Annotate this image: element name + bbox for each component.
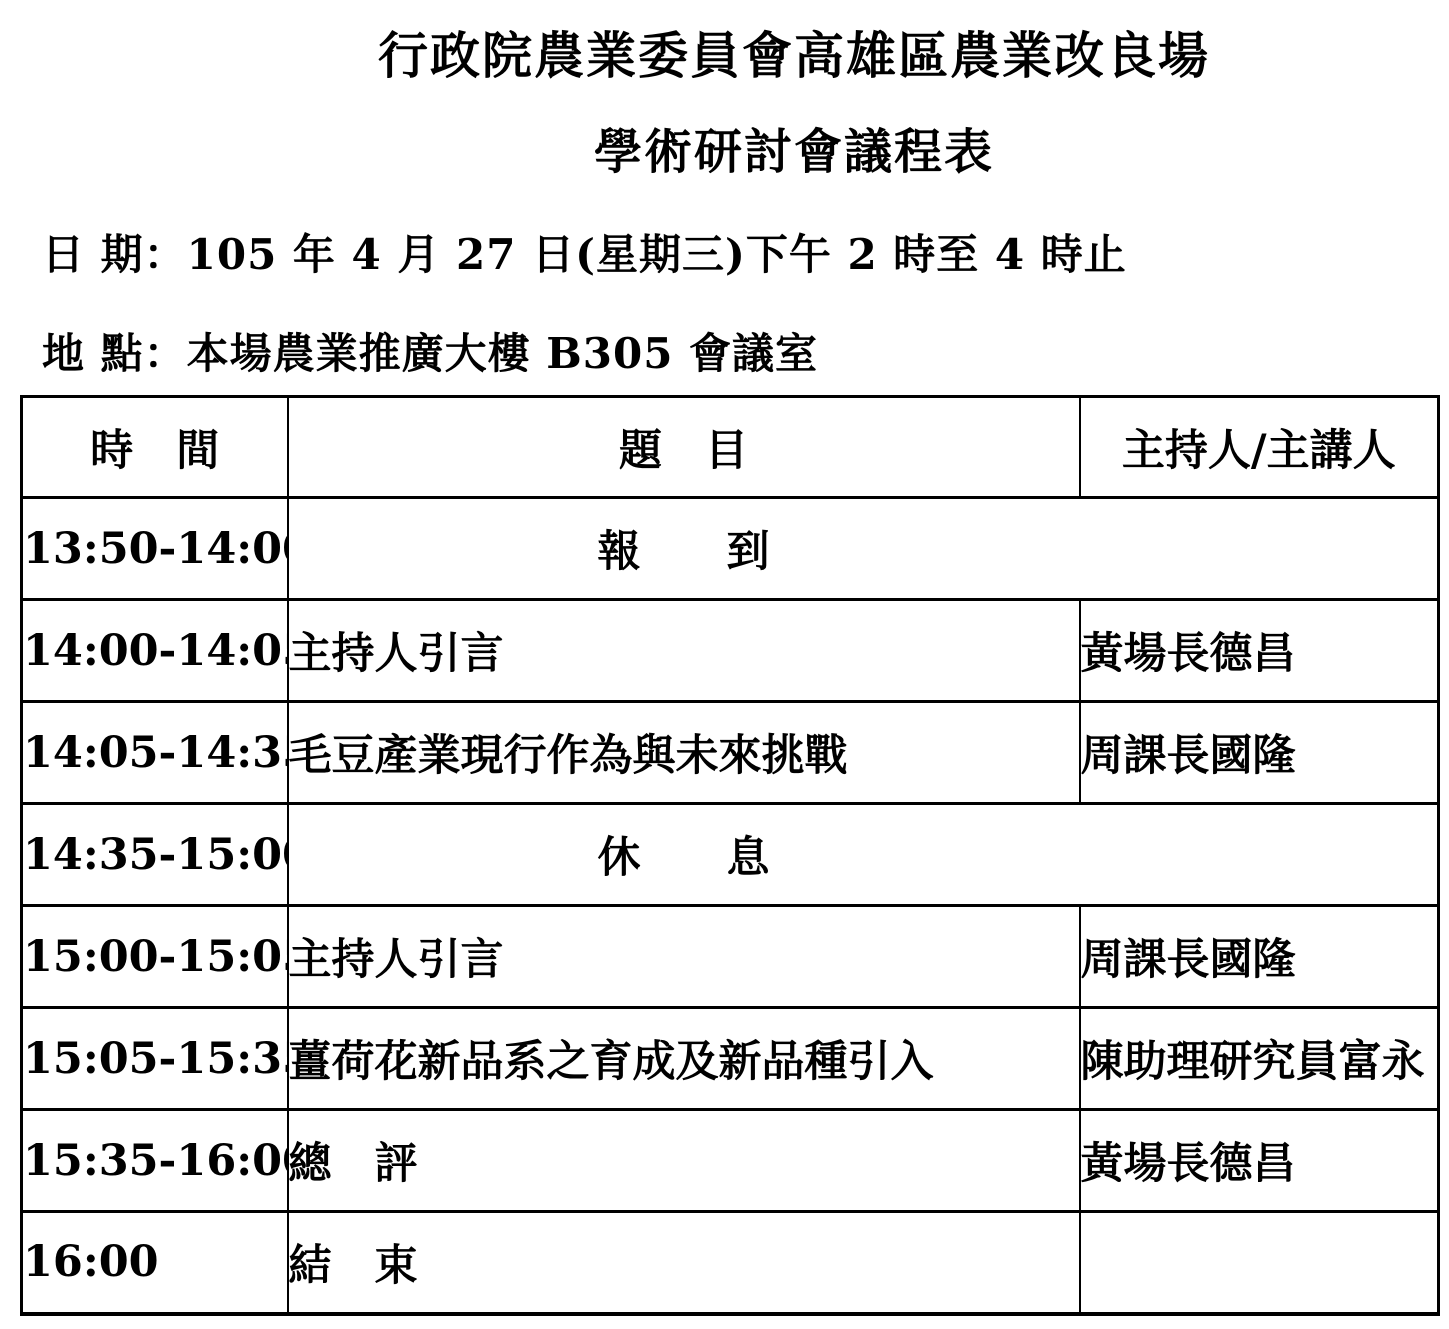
topic-cell: 毛豆產業現行作為與未來挑戰	[288, 702, 1080, 804]
topic-cell: 總 評	[288, 1110, 1080, 1212]
date-line: 日 期：105 年 4 月 27 日(星期三)下午 2 時至 4 時止	[42, 222, 1127, 282]
time-cell: 13:50-14:00	[22, 498, 288, 600]
presenter-cell: 黃場長德昌	[1080, 600, 1439, 702]
location-line: 地 點：本場農業推廣大樓 B305 會議室	[42, 321, 818, 381]
table-header-row: 時 間 題 目 主持人/主講人	[22, 397, 1439, 498]
column-header-topic: 題 目	[288, 397, 1080, 498]
time-cell: 15:05-15:35	[22, 1008, 288, 1110]
page-title: 行政院農業委員會高雄區農業改良場	[0, 16, 1449, 88]
time-cell: 14:00-14:05	[22, 600, 288, 702]
table-row: 13:50-14:00 報 到	[22, 498, 1439, 600]
topic-text: 報 到	[289, 518, 1079, 579]
presenter-cell	[1080, 1212, 1439, 1314]
table-row: 15:35-16:00 總 評 黃場長德昌	[22, 1110, 1439, 1212]
page-subtitle: 學術研討會議程表	[0, 113, 1449, 182]
topic-cell: 結 束	[288, 1212, 1080, 1314]
table-row: 14:05-14:35 毛豆產業現行作為與未來挑戰 周課長國隆	[22, 702, 1439, 804]
column-header-presenter: 主持人/主講人	[1080, 397, 1439, 498]
time-cell: 14:05-14:35	[22, 702, 288, 804]
agenda-table: 時 間 題 目 主持人/主講人 13:50-14:00 報 到 14:00-14…	[20, 395, 1440, 1316]
topic-text: 休 息	[289, 824, 1079, 885]
time-cell: 16:00	[22, 1212, 288, 1314]
topic-cell: 主持人引言	[288, 600, 1080, 702]
presenter-cell: 黃場長德昌	[1080, 1110, 1439, 1212]
table-row: 15:00-15:05 主持人引言 周課長國隆	[22, 906, 1439, 1008]
time-cell: 15:35-16:00	[22, 1110, 288, 1212]
presenter-cell: 陳助理研究員富永	[1080, 1008, 1439, 1110]
presenter-cell: 周課長國隆	[1080, 906, 1439, 1008]
table-row: 16:00 結 束	[22, 1212, 1439, 1314]
column-header-time: 時 間	[22, 397, 288, 498]
table-row: 14:00-14:05 主持人引言 黃場長德昌	[22, 600, 1439, 702]
table-row: 15:05-15:35 薑荷花新品系之育成及新品種引入 陳助理研究員富永	[22, 1008, 1439, 1110]
topic-cell-merged: 報 到	[288, 498, 1439, 600]
table-row: 14:35-15:00 休 息	[22, 804, 1439, 906]
time-cell: 14:35-15:00	[22, 804, 288, 906]
document-page: 行政院農業委員會高雄區農業改良場 學術研討會議程表 日 期：105 年 4 月 …	[0, 0, 1449, 1329]
topic-cell-merged: 休 息	[288, 804, 1439, 906]
topic-cell: 主持人引言	[288, 906, 1080, 1008]
time-cell: 15:00-15:05	[22, 906, 288, 1008]
topic-cell: 薑荷花新品系之育成及新品種引入	[288, 1008, 1080, 1110]
presenter-cell: 周課長國隆	[1080, 702, 1439, 804]
